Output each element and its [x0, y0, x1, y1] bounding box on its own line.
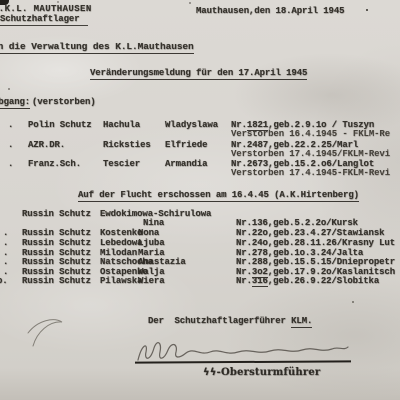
deaths-section-label: Abgang:: [0, 97, 30, 109]
flight-row-category: Russin Schutz: [22, 228, 91, 238]
flight-section-heading: Auf der Flucht erschossen am 16.4.45 (A.…: [78, 190, 359, 202]
death-row-marker: .: [8, 140, 13, 150]
death-row-firstname: Wladyslawa: [165, 120, 218, 130]
flight-row-firstname: Ljuba: [138, 238, 165, 248]
deaths-label-note: (verstorben): [32, 97, 96, 107]
paper-speckles: [0, 0, 2, 2]
flight-row-number: Nr.22o,geb.23.4.27/Stawiansk: [236, 228, 384, 238]
rank-line: ϟϟ-Obersturmführer: [203, 368, 320, 378]
death-row-category: AZR.DR.: [28, 140, 65, 150]
pencil-mark: [22, 315, 74, 353]
death-row-status: Verstorben 16.4.1945 - FKLM-Re: [231, 129, 390, 139]
death-row-category: Polin Schutz: [28, 120, 92, 130]
death-row-firstname: Armandia: [165, 159, 207, 169]
flight-row-marker: .: [3, 238, 8, 248]
death-row-surname: Ricksties: [103, 140, 151, 150]
death-row-category: Franz.Sch.: [28, 159, 81, 169]
flight-row-number: Nr.24o,geb.28.11.26/Krasny Lut: [236, 238, 395, 248]
death-row-status: Verstorben 17.4.1945-FKLM-Revi: [231, 168, 390, 178]
death-row-surname: Tescier: [103, 159, 140, 169]
flight-row-surname: Pilawska: [100, 276, 142, 286]
death-row-surname: Hachula: [103, 120, 140, 130]
document-page: F.K.L. MAUTHAUSEN Schutzhaftlager Mautha…: [0, 0, 400, 400]
death-row-firstname: Elfriede: [165, 140, 207, 150]
death-row-marker: .: [8, 159, 13, 169]
flight-row-marker: o.: [0, 276, 8, 286]
dateline: Mauthausen,den 18.April 1945: [196, 6, 344, 16]
flight-row-marker: .: [3, 257, 8, 267]
flight-row-marker: .: [3, 228, 8, 238]
flight-row-number: Nr.316,geb.26.9.22/Slobitka: [236, 276, 379, 286]
flight-row-surname: Lebedowa: [100, 238, 142, 248]
flight-row-number: Nr.288,geb.15.5.15/Dniepropetr: [236, 257, 395, 267]
report-title: Veränderungsmeldung für den 17.April 194…: [90, 68, 307, 80]
flight-row-surname: Kostenko: [100, 228, 142, 238]
flight-row-firstname: Nona: [138, 228, 159, 238]
org-line1: F.K.L. MAUTHAUSEN: [0, 4, 92, 14]
flight-row-category: Russin Schutz: [22, 276, 91, 286]
death-row-status: Verstorben 17.4.1945/FKLM-Revi: [231, 149, 390, 159]
flight-row-number: Nr.136,geb.5.2.2o/Kursk: [236, 218, 358, 228]
flight-row-firstname: Nina: [143, 218, 164, 228]
ss-runes-icon: ϟϟ: [203, 367, 217, 378]
address-line: An die Verwaltung des K.L.Mauthausen: [0, 42, 194, 54]
org-line2: Schutzhaftlager: [0, 14, 88, 26]
flight-row-category: Russin Schutz: [22, 257, 91, 267]
flight-row-category: Russin Schutz: [22, 209, 91, 219]
death-row-marker: .: [8, 120, 13, 130]
flight-row-firstname: Wiera: [138, 276, 165, 286]
signoff-line: Der Schutzhaftlagerführer KLM.: [148, 316, 312, 326]
flight-row-firstname: Anastazia: [138, 257, 186, 267]
flight-row-category: Russin Schutz: [22, 238, 91, 248]
